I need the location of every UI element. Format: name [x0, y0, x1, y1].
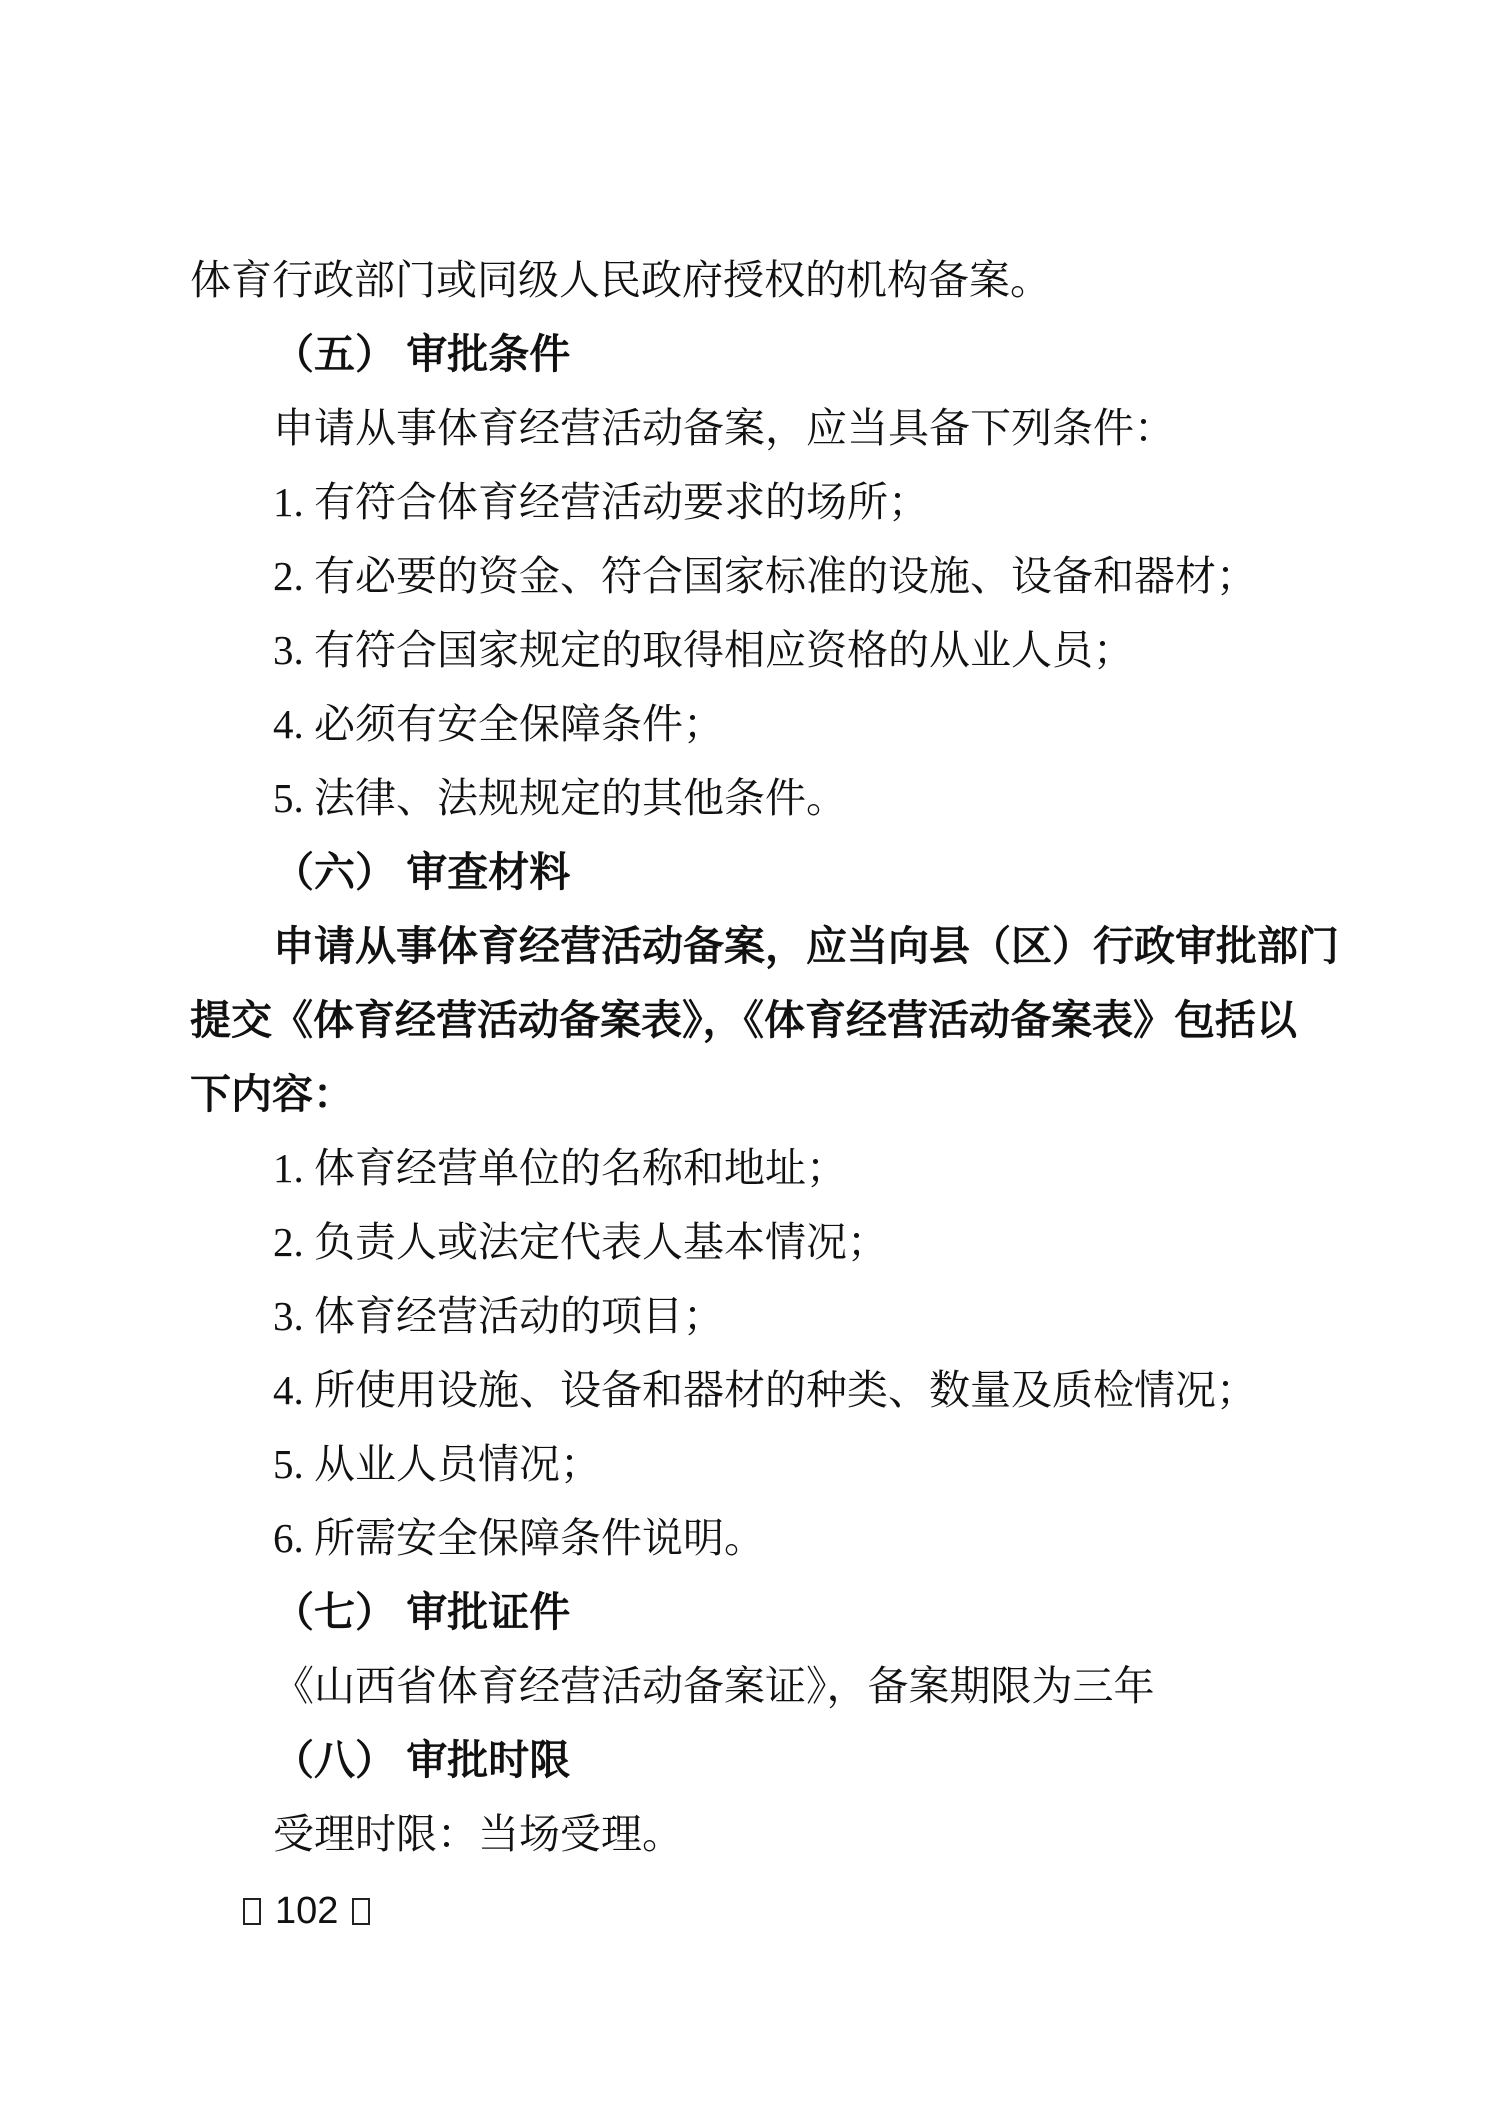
text-line: 3. 体育经营活动的项目；	[190, 1279, 1370, 1353]
missing-glyph-box	[243, 1898, 261, 1925]
text-line: 下内容：	[190, 1057, 1370, 1131]
text-line: 受理时限：当场受理。	[190, 1797, 1370, 1871]
text-line: 2. 负责人或法定代表人基本情况；	[190, 1205, 1370, 1279]
text-line: （八） 审批时限	[190, 1723, 1370, 1797]
text-line: （七） 审批证件	[190, 1575, 1370, 1649]
text-line: 提交《体育经营活动备案表》，《体育经营活动备案表》包括以	[190, 983, 1370, 1057]
text-line: 《山西省体育经营活动备案证》，备案期限为三年	[190, 1649, 1370, 1723]
text-line: 体育行政部门或同级人民政府授权的机构备案。	[190, 243, 1370, 317]
text-line: （五） 审批条件	[190, 317, 1370, 391]
text-line: 3. 有符合国家规定的取得相应资格的从业人员；	[190, 613, 1370, 687]
missing-glyph-box	[352, 1898, 370, 1925]
text-line: （六） 审查材料	[190, 835, 1370, 909]
text-line: 5. 从业人员情况；	[190, 1427, 1370, 1501]
page-footer: 102	[243, 1893, 370, 1929]
text-block: 体育行政部门或同级人民政府授权的机构备案。（五） 审批条件申请从事体育经营活动备…	[190, 243, 1370, 1871]
text-line: 2. 有必要的资金、符合国家标准的设施、设备和器材；	[190, 539, 1370, 613]
page-number: 102	[275, 1893, 338, 1929]
text-line: 申请从事体育经营活动备案，应当具备下列条件：	[190, 391, 1370, 465]
text-line: 6. 所需安全保障条件说明。	[190, 1501, 1370, 1575]
text-line: 4. 所使用设施、设备和器材的种类、数量及质检情况；	[190, 1353, 1370, 1427]
text-line: 1. 体育经营单位的名称和地址；	[190, 1131, 1370, 1205]
document-page: 体育行政部门或同级人民政府授权的机构备案。（五） 审批条件申请从事体育经营活动备…	[0, 0, 1487, 2105]
text-line: 申请从事体育经营活动备案，应当向县（区）行政审批部门	[190, 909, 1370, 983]
text-line: 4. 必须有安全保障条件；	[190, 687, 1370, 761]
text-line: 1. 有符合体育经营活动要求的场所；	[190, 465, 1370, 539]
text-line: 5. 法律、法规规定的其他条件。	[190, 761, 1370, 835]
